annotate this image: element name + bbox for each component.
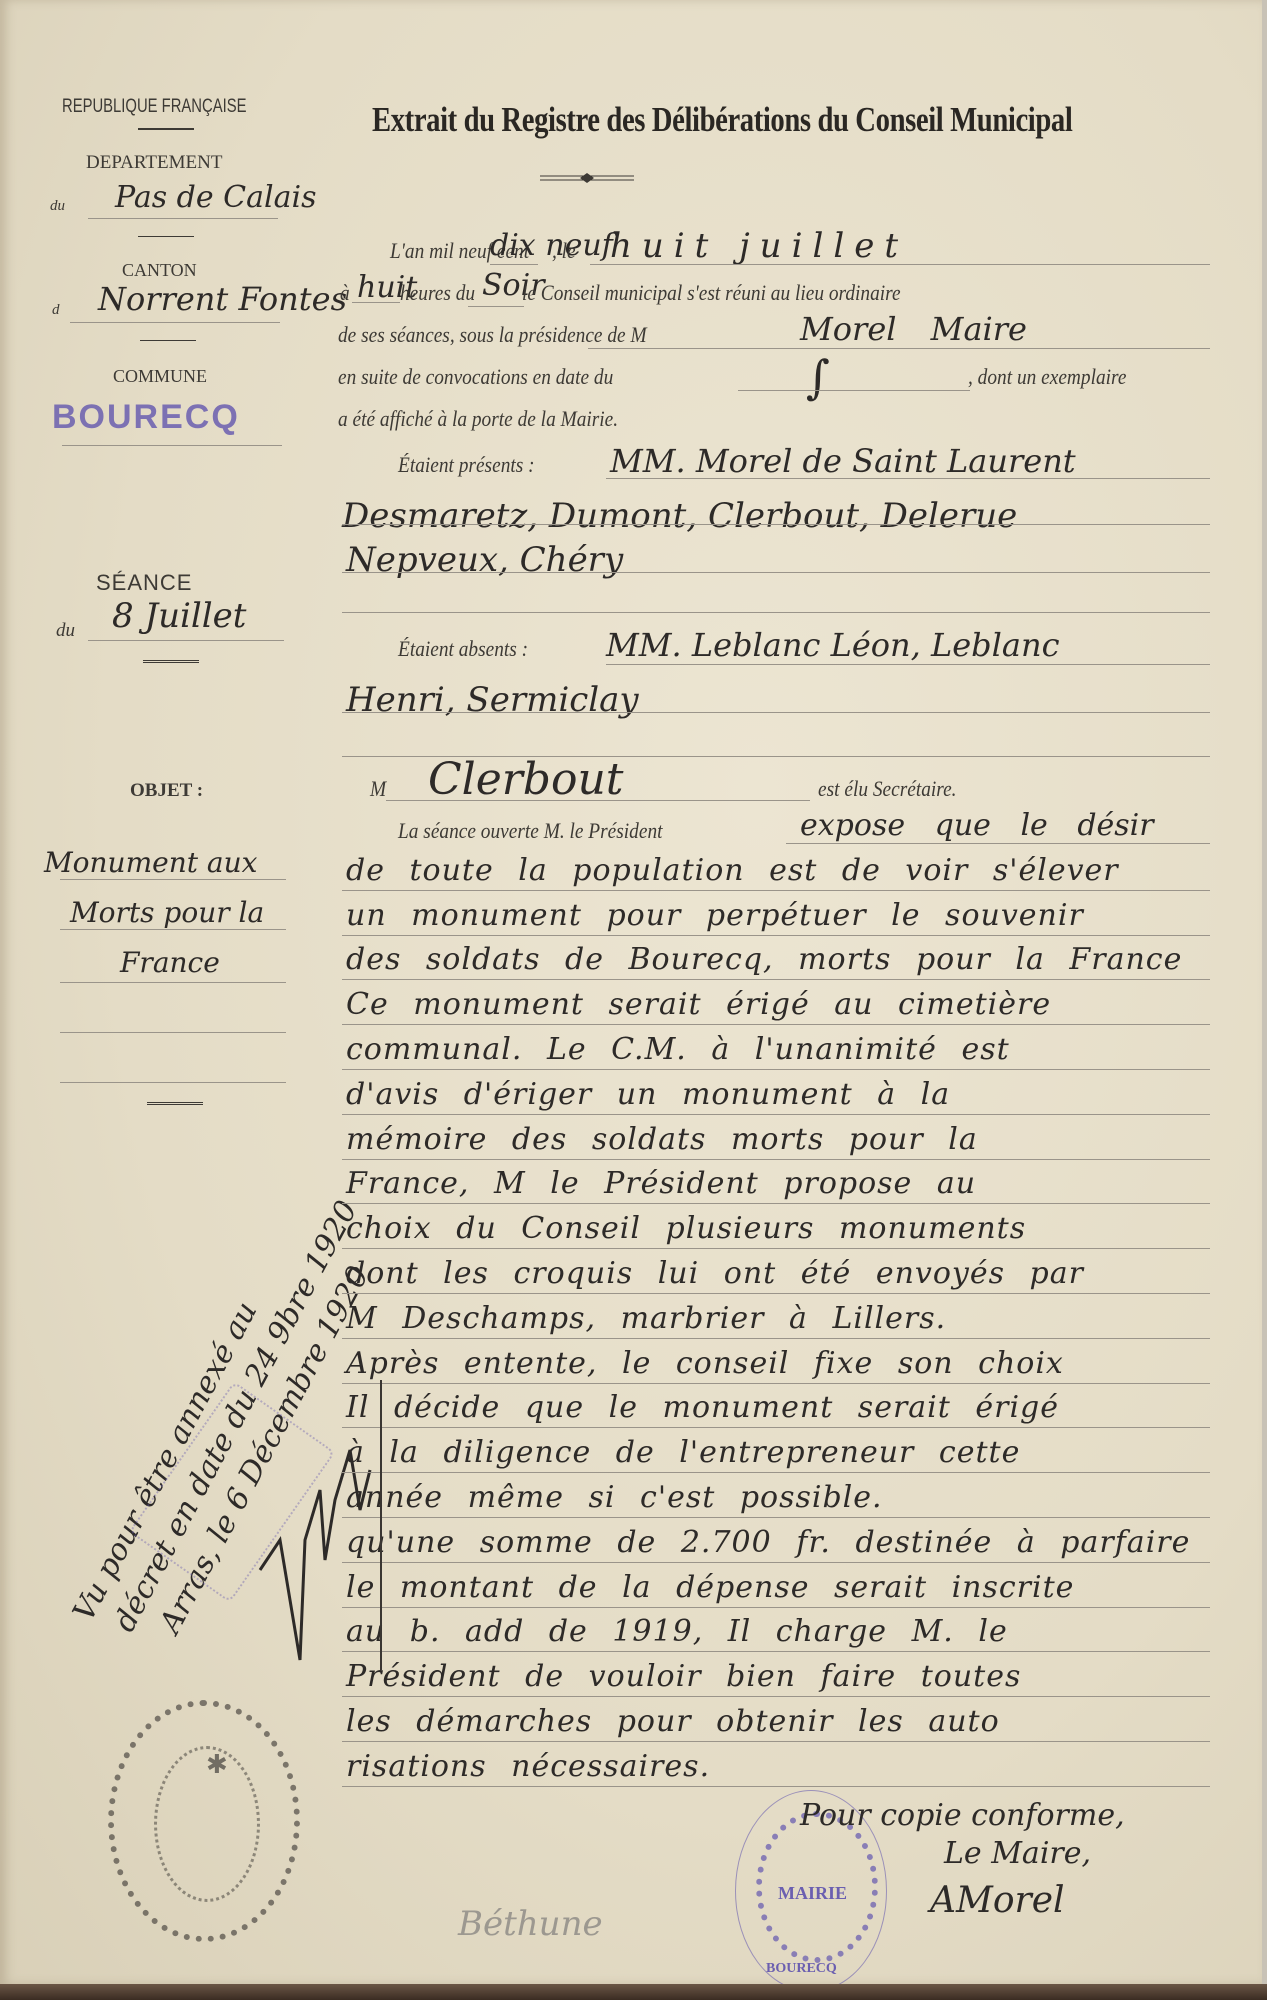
commune-stamp: BOURECQ xyxy=(52,398,240,437)
president-name: Morel Maire xyxy=(800,310,1027,348)
body-line: année même si c'est possible. xyxy=(342,1473,1210,1518)
rule xyxy=(60,929,286,930)
posted-text: a été affiché à la porte de la Mairie. xyxy=(338,406,618,432)
mairie-stamp-label: MAIRIE xyxy=(778,1883,847,1904)
presents-line-3: Nepveux, Chéry xyxy=(346,540,623,580)
divider xyxy=(143,660,199,666)
presents-line-2: Desmaretz, Dumont, Clerbout, Delerue xyxy=(342,496,1017,536)
divider xyxy=(138,128,194,133)
seance-date: 8 Juillet xyxy=(112,596,246,636)
canton-value: Norrent Fontes xyxy=(98,280,347,318)
mayor-title: Le Maire, xyxy=(944,1836,1091,1871)
body-line: à la diligence de l'entrepreneur cette xyxy=(342,1428,1210,1473)
date-value: huit juillet xyxy=(610,226,908,266)
rule xyxy=(60,1032,286,1033)
rule xyxy=(342,612,1210,613)
departement-prefix: du xyxy=(50,198,65,215)
body-line: au b. add de 1919, Il charge M. le xyxy=(342,1608,1210,1653)
ornament-divider-icon xyxy=(540,172,634,184)
rule xyxy=(386,800,810,801)
mayor-signature: AMorel xyxy=(930,1880,1065,1921)
rule xyxy=(490,264,538,265)
body-line: choix du Conseil plusieurs monuments xyxy=(342,1204,1210,1249)
rule xyxy=(352,302,400,303)
divider xyxy=(147,1102,203,1108)
rule xyxy=(738,390,970,391)
document-title: Extrait du Registre des Délibérations du… xyxy=(372,100,1072,140)
page-edge xyxy=(1262,0,1267,2000)
rule xyxy=(70,322,280,323)
presents-label: Étaient présents : xyxy=(398,452,535,478)
hour-prefix: à xyxy=(340,280,350,306)
divider xyxy=(138,236,194,240)
objet-line-1: Monument aux xyxy=(44,846,257,879)
rule xyxy=(342,712,1210,713)
convocation-label: en suite de convocations en date du xyxy=(338,364,613,390)
absents-label: Étaient absents : xyxy=(398,636,528,662)
objet-label: OBJET : xyxy=(130,780,203,802)
body-line: mémoire des soldats morts pour la xyxy=(342,1115,1210,1160)
body-line: Il décide que le monument serait érigé xyxy=(342,1384,1210,1429)
canton-prefix: d xyxy=(52,302,60,319)
rule xyxy=(588,348,1210,349)
deliberation-body: de toute la population est de voir s'éle… xyxy=(342,846,1222,1787)
body-line: le montant de la dépense serait inscrite xyxy=(342,1563,1210,1608)
pencil-note: Béthune xyxy=(458,1904,603,1944)
mairie-stamp-town: BOURECQ xyxy=(766,1961,837,1977)
objet-line-2: Morts pour la xyxy=(70,896,264,929)
rule xyxy=(606,664,1210,665)
departement-value: Pas de Calais xyxy=(115,180,316,215)
body-line: Ce monument serait érigé au cimetière xyxy=(342,980,1210,1025)
background-table xyxy=(0,1984,1267,2000)
commune-label: COMMUNE xyxy=(113,366,207,387)
star-icon: ✱ xyxy=(206,1750,228,1780)
body-line: Président de vouloir bien faire toutes xyxy=(342,1652,1210,1697)
opening-text: La séance ouverte M. le Président xyxy=(398,818,663,844)
document-page: REPUBLIQUE FRANÇAISE DEPARTEMENT du Pas … xyxy=(0,0,1262,1985)
seance-prefix: du xyxy=(56,620,75,642)
rule xyxy=(468,306,524,307)
opening-hand: expose que le désir xyxy=(800,808,1154,843)
presidency-label: de ses séances, sous la présidence de M xyxy=(338,322,647,348)
divider xyxy=(140,340,196,344)
body-line: France, M le Président propose au xyxy=(342,1160,1210,1205)
hour-label: heures du xyxy=(400,280,475,306)
rule xyxy=(60,879,286,880)
copy-label: , dont un exemplaire xyxy=(968,364,1126,390)
secretary-name: Clerbout xyxy=(428,754,624,805)
body-line: dont les croquis lui ont été envoyés par xyxy=(342,1249,1210,1294)
secretary-suffix: est élu Secrétaire. xyxy=(818,776,957,802)
secretary-prefix: M xyxy=(370,776,386,802)
body-line: M Deschamps, marbrier à Lillers. xyxy=(342,1294,1210,1339)
canton-label: CANTON xyxy=(122,260,197,281)
objet-line-3: France xyxy=(120,946,220,979)
rule xyxy=(88,218,278,219)
rule xyxy=(342,524,1210,525)
body-line: de toute la population est de voir s'éle… xyxy=(342,846,1210,891)
body-line: risations nécessaires. xyxy=(342,1742,1210,1787)
prefecture-seal: ✱ xyxy=(108,1700,300,1942)
presents-line-1: MM. Morel de Saint Laurent xyxy=(610,442,1076,480)
rule xyxy=(342,572,1210,573)
absents-line-2: Henri, Sermiclay xyxy=(346,680,639,720)
vertical-margin-line xyxy=(380,1380,382,1670)
body-line: communal. Le C.M. à l'unanimité est xyxy=(342,1025,1210,1070)
absents-line-1: MM. Leblanc Léon, Leblanc xyxy=(606,626,1059,664)
departement-label: DEPARTEMENT xyxy=(86,152,222,174)
rule xyxy=(590,264,1210,265)
rule xyxy=(60,1082,286,1083)
certified-copy: Pour copie conforme, xyxy=(800,1798,1125,1833)
rule xyxy=(60,982,286,983)
body-line: d'avis d'ériger un monument à la xyxy=(342,1070,1210,1115)
body-line: Après entente, le conseil fixe son choix xyxy=(342,1339,1210,1384)
rule xyxy=(786,843,1210,844)
body-line: qu'une somme de 2.700 fr. destinée à par… xyxy=(342,1518,1210,1563)
council-met-text: le Conseil municipal s'est réuni au lieu… xyxy=(522,280,901,306)
date-label: , le xyxy=(552,238,576,264)
seance-label: SÉANCE xyxy=(96,570,192,596)
rule xyxy=(62,445,282,446)
body-line: les démarches pour obtenir les auto xyxy=(342,1697,1210,1742)
rule xyxy=(88,640,284,641)
body-line: des soldats de Bourecq, morts pour la Fr… xyxy=(342,936,1210,981)
convocation-date: ∫ xyxy=(806,350,830,404)
republic-heading: REPUBLIQUE FRANÇAISE xyxy=(62,96,246,118)
rule xyxy=(606,478,1210,479)
body-line: un monument pour perpétuer le souvenir xyxy=(342,891,1210,936)
